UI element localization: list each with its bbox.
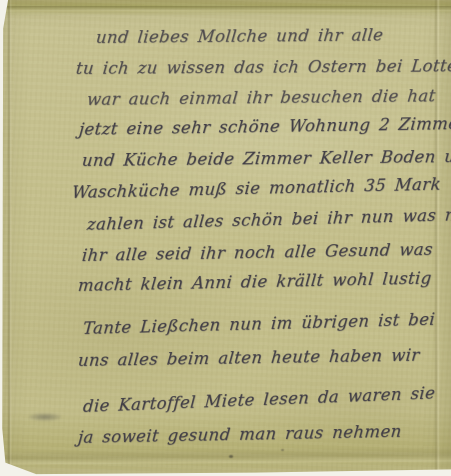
handwriting-line: macht klein Anni die krällt wohl lustig — [77, 269, 432, 295]
handwriting-line: ihr alle seid ihr noch alle Gesund was — [81, 240, 434, 265]
handwriting-line: die Kartoffel Miete lesen da waren sie — [82, 383, 436, 416]
handwriting-line: Waschküche muß sie monatlich 35 Mark — [71, 175, 442, 202]
handwriting-line: zahlen ist alles schön bei ihr nun was m… — [86, 204, 451, 234]
handwriting-line: uns alles beim alten heute haben wir — [77, 346, 420, 370]
handwriting-line: tu ich zu wissen das ich Ostern bei Lott… — [75, 56, 451, 78]
handwriting-text: und liebes Mollche und ihr alletu ich zu… — [0, 0, 451, 476]
handwriting-line: war auch einmal ihr besuchen die hat — [86, 86, 436, 109]
handwriting-line: und Küche beide Zimmer Keller Boden und — [81, 147, 451, 170]
handwriting-line: und liebes Mollche und ihr alle — [95, 25, 384, 47]
scanned-letter: und liebes Mollche und ihr alletu ich zu… — [0, 0, 451, 476]
handwriting-line: ja soweit gesund man raus nehmen — [77, 422, 402, 447]
handwriting-line: jetzt eine sehr schöne Wohnung 2 Zimmer — [78, 114, 451, 139]
letter-paper: und liebes Mollche und ihr alletu ich zu… — [0, 0, 451, 476]
handwriting-line: Tante Ließchen nun im übrigen ist bei — [82, 310, 436, 338]
